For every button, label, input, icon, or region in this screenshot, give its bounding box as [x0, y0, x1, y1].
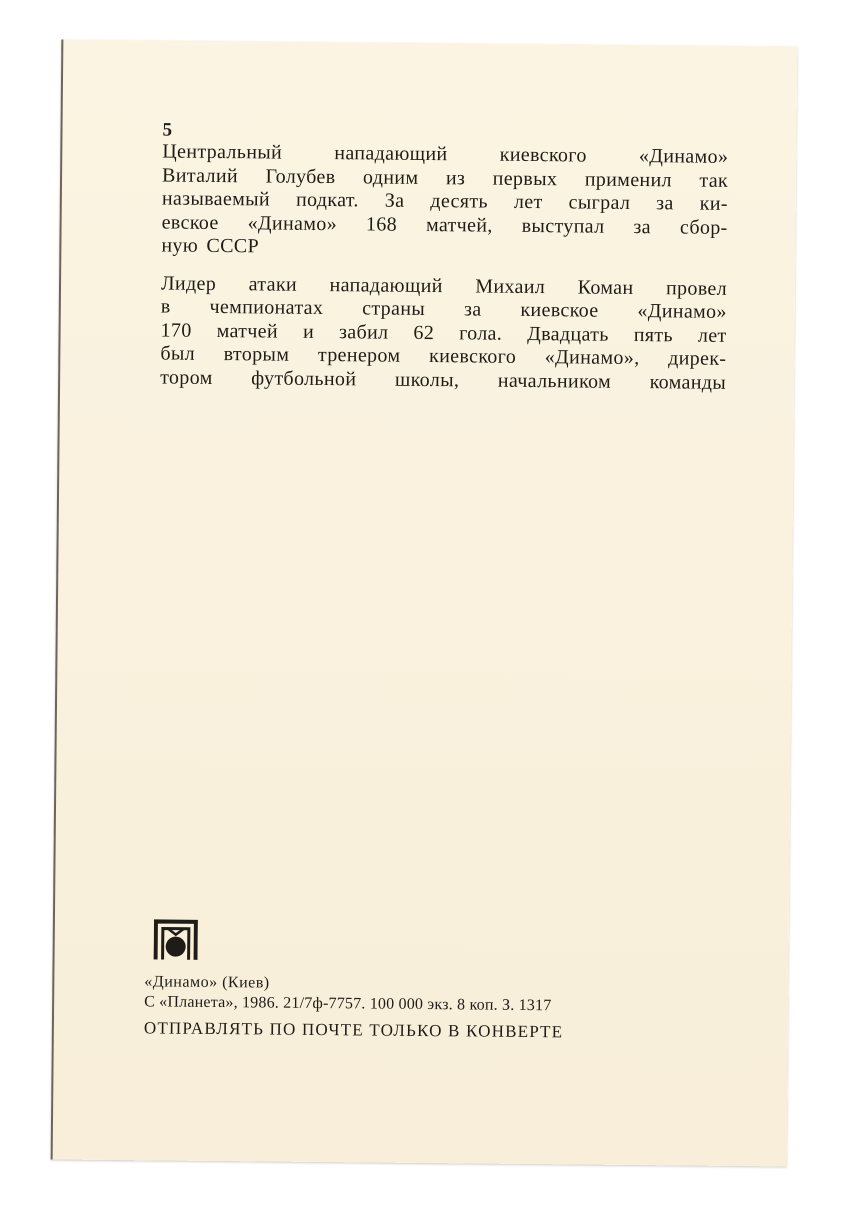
paragraph-golubev: Центральный нападающий киевского «Динамо…: [161, 140, 728, 263]
postcard-back: 5 Центральный нападающий киевского «Дина…: [51, 39, 798, 1166]
paragraph-koman: Лидер атаки нападающий Михаил Коман пров…: [160, 272, 727, 395]
imprint-line: С «Планета», 1986. 21/7ф-7757. 100 000 э…: [144, 991, 564, 1017]
planeta-logo-icon: [154, 918, 198, 960]
postal-notice: ОТПРАВЛЯТЬ ПО ПОЧТЕ ТОЛЬКО В КОНВЕРТЕ: [144, 1015, 564, 1045]
text-line: тором футбольной школы, начальником кома…: [160, 366, 726, 395]
card-footer: «Динамо» (Киев) С «Планета», 1986. 21/7ф…: [144, 972, 564, 1045]
card-text: 5 Центральный нападающий киевского «Дина…: [160, 120, 729, 394]
